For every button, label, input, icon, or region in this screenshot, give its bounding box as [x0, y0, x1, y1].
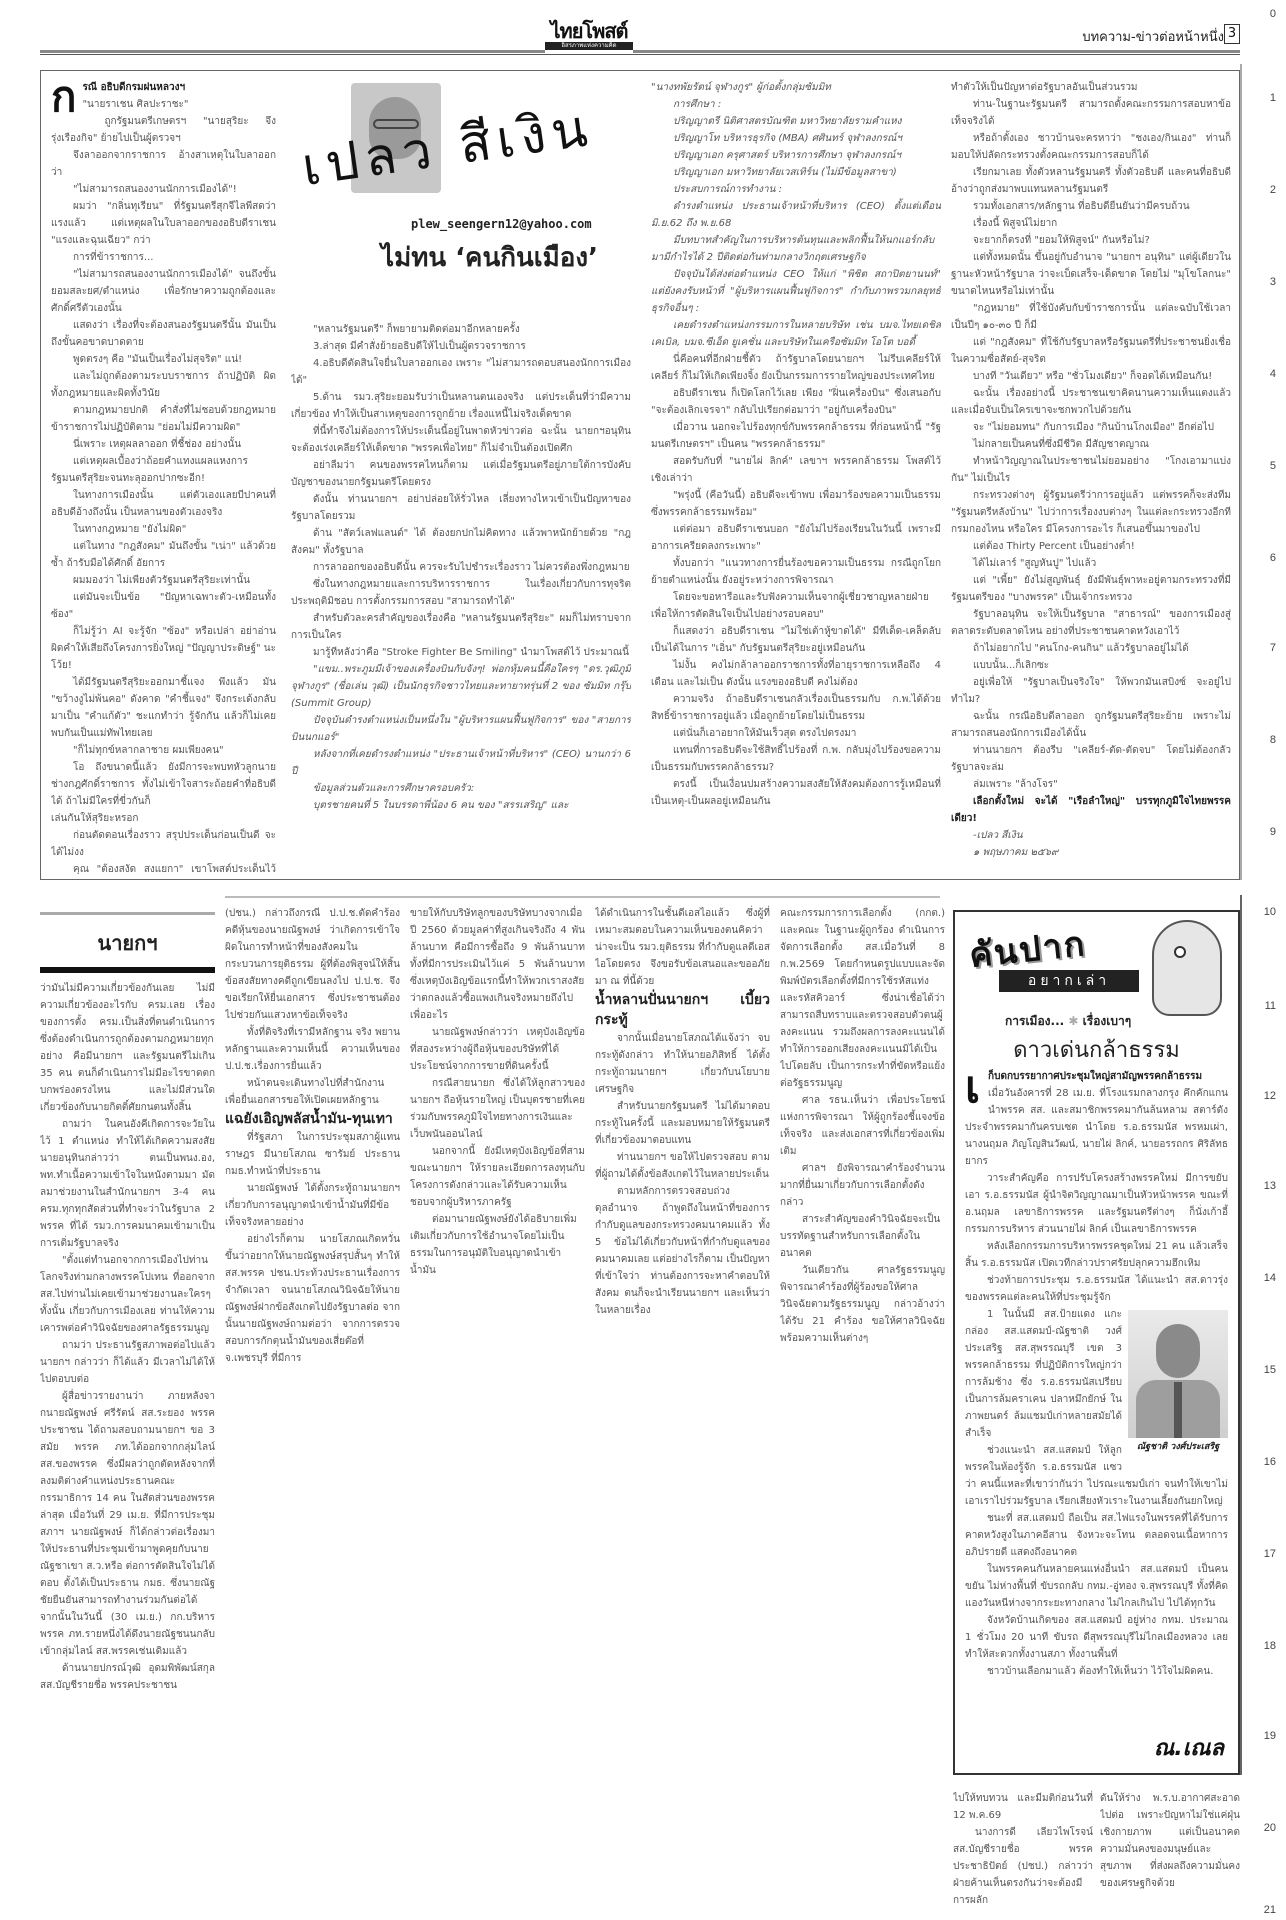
ruler-tick: 5 [1270, 460, 1276, 472]
paragraph: ทั้งบอกว่า "แนวทางการยื่นร้องขอความเป็นธ… [651, 555, 941, 589]
columnist-signature: เปลว สีเงิน [297, 85, 599, 208]
column-text-4: ทำตัวให้เป็นปัญหาต่อรัฐบาลอันเป็นส่วนรวม… [951, 79, 1231, 874]
paragraph: ฉะนั้น เรื่องอย่างนี้ ประชาชนเขาคิดนานคว… [951, 385, 1231, 419]
ruler-tick: 0 [1270, 8, 1276, 20]
masthead: ไทยโพสต์ อิสรภาพแห่งความคิด บทความ-ข่าวต… [40, 20, 1240, 54]
paragraph: "นายราเชน ศิลปะราชะ" [51, 96, 276, 113]
mascot-eye-icon [1174, 946, 1186, 958]
ruler-tick: 3 [1270, 276, 1276, 288]
ruler-tick: 16 [1264, 1456, 1276, 1468]
paragraph: "หลานรัฐมนตรี" ก็พยายามติดต่อมาอีกหลายคร… [291, 321, 631, 338]
ruler-tick: 4 [1270, 368, 1276, 380]
paragraph: ถามว่า ในคนอังคีเกิดการจะวัยในไว้ 1 ตำแห… [40, 1116, 215, 1252]
paragraph: ทำตัวให้เป็นปัญหาต่อรัฐบาลอันเป็นส่วนรวม [951, 79, 1231, 96]
paragraph: "แขม..พระภูมมีเจ้าของเครื่องบินกับจังๆ! … [291, 661, 631, 712]
paragraph: ได้ไม่เลาร์ "สูญหันปู" ไปแล้ว [951, 555, 1231, 572]
paragraph: อธิบดีราเชน ก็เปิดโลกไว้เลย เพียง "ฝิ่นเ… [651, 385, 941, 419]
photo-image [1128, 1310, 1228, 1438]
logo-text: ไทยโพสต์ [550, 19, 627, 43]
paragraph: ข้อมูลส่วนตัวและการศึกษาครอบครัว: [291, 780, 631, 797]
paragraph: ล่มเพราะ "ล้างโจร" [951, 776, 1231, 793]
ruler-tick: 19 [1264, 1730, 1276, 1742]
mascot-icon [1152, 920, 1222, 1016]
politician-photo: ณัฐชาติ วงศ์ประเสริฐ [1128, 1310, 1228, 1460]
paragraph: 4.อธิบดีตัดสินใจยื่นใบลาออกเอง เพราะ "ไม… [291, 355, 631, 389]
masthead-rule [40, 50, 1240, 53]
paragraph: หรือถ้าตั้งเอง ชาวบ้านจะครหาว่า "ชงเอง/ก… [951, 130, 1231, 164]
paragraph: มีบทบาทสำคัญในการบริหารต้นทุนและพลิกฟื้น… [651, 232, 941, 266]
paragraph: นายณัฐพงษ์ ได้ตั้งกระทู้ถามนายกฯ เกี่ยวก… [225, 1180, 400, 1231]
ruler-tick: 11 [1265, 1000, 1276, 1012]
paragraph: ซึ่งในทางกฎหมายและการบริหารราชการ ในเรื่… [291, 576, 631, 610]
paragraph: นายณัฐพงษ์กล่าวว่า เหตุบังเอิญข้อที่สองร… [410, 1024, 585, 1075]
ruler-tick: 8 [1270, 734, 1276, 746]
paragraph: "ไม่สามารถสนองงานนักการเมืองได้"! [51, 181, 276, 198]
paragraph: ทั้งที่ดิจริงที่เรามีหลักฐาน จริง พยานหล… [225, 1024, 400, 1075]
paragraph: หลังเลือกกรรมการบริหารพรรคชุดใหม่ 21 คน … [965, 1238, 1228, 1272]
byline: รณี อธิบดีกรมฝนหลวงฯ [82, 82, 185, 93]
paragraph: ว่ามันไม่มีความเกี่ยวข้องกันเลย ไม่มีควา… [40, 980, 215, 1116]
news-column-1: ว่ามันไม่มีความเกี่ยวข้องกันเลย ไม่มีควา… [40, 980, 215, 1920]
paragraph: คุณ "ต้องสงัด สงแยกา" เขาโพสต์ประเด็นไว้… [51, 861, 276, 874]
paragraph: สำหรับนายกรัฐมนตรี ไม่ได้มาตอบกระทู้ในคร… [595, 1098, 770, 1149]
paragraph: "ก็ไม่ทุกข์หลากลาชาย ผมเพียงคน" [51, 742, 276, 759]
paragraph: ท่าน-ในฐานะรัฐมนตรี สามารถตั้งคณะกรรมการ… [951, 96, 1231, 130]
paragraph: ถูกรัฐมนตรีเกษตรฯ "นายสุริยะ จึงรุ่งเรือ… [51, 113, 276, 147]
news-column-4: ได้ดำเนินการในชั้นดีเอสไอแล้ว ซึ่งผู้ที่… [595, 905, 770, 1920]
paragraph: ก็ไม่รู้ว่า AI จะรู้จัก "ซ้อง" หรือเปล่า… [51, 623, 276, 674]
paragraph: นางการดี เลียวไพโรจน์ สส.บัญชีรายชื่อ พร… [953, 1824, 1093, 1909]
paragraph: ผมว่า "กลิ่นทุเรียน" ที่รัฐมนตรีสุกจีไลพ… [51, 198, 276, 249]
paragraph: แต่ "เพี้ย" ยังไม่สูญพันธุ์ ยังมีพันธุ์พ… [951, 572, 1231, 606]
paragraph: ถ้าไม่อยากไป "คนโกง-คนกิน" แล้วรัฐบาลอยู… [951, 640, 1231, 657]
paragraph: แบบนั้น...ก็เลิกซะ [951, 657, 1231, 674]
ruler-tick: 10 [1264, 906, 1276, 918]
section-label: บทความ-ข่าวต่อหน้าหนึ่ง [1076, 26, 1224, 47]
star-icon: ✱ [1068, 1014, 1078, 1028]
column-text-3: "นางทพัยรัตน์ จุฬางกูร" ผู้ก่อตั้งกลุ่มซ… [651, 79, 941, 874]
paragraph: แต่มันจะเป็นข้อ "ปัญหาเฉพาะตัว-เหมือนทั้… [51, 589, 276, 623]
paragraph: ท่านนายกฯ ต้องรีบ "เคลียร์-ตัด-ตัดจบ" โด… [951, 742, 1231, 776]
paragraph: วันเดียวกัน ศาลรัฐธรรมนูญพิจารณาคำร้องที… [780, 1262, 945, 1347]
columnist-email: plew_seengern12@yahoo.com [411, 217, 592, 231]
paragraph: ตามหลักการตรวจสอบถ่วงดุลอำนาจ ถ้าพูดถึงใ… [595, 1183, 770, 1319]
paragraph: แสดงว่า เรื่องที่จะต้องสนองรัฐมนตรีนั้น … [51, 317, 276, 351]
news-column-5: คณะกรรมการการเลือกตั้ง (กกต.) และคณะ ในฐ… [780, 905, 945, 1920]
paragraph: จากนั้นเมื่อนายโสภณได้แจ้งว่า จบกระทู้ดั… [595, 1030, 770, 1098]
sidebox-body: เก็บดกบรรยากาศประชุมใหญ่สามัญพรรคกล้าธรร… [965, 1068, 1228, 1725]
paragraph: ชนะที่ สส.แสดมป์ ถือเป็น สส.ไฟแรงในพรรคท… [965, 1510, 1228, 1561]
paragraph: ก็แสดงว่า อธิบดีราเชน "ไม่ใช่เต้าหู้ขาดไ… [651, 623, 941, 657]
paragraph: บางที "วันเดียว" หรือ "ชั่วโมงเดียว" ก็จ… [951, 368, 1231, 385]
sidebox-title: ดาวเด่นกล้าธรรม [955, 1032, 1238, 1067]
paragraph: และไม่ถูกต้องตามระบบราชการ ถ้าปฏิบัติ ผิ… [51, 368, 276, 402]
paragraph: แต่ทั้งหมดนั้น ขึ้นอยู่กับอำนาจ "นายกฯ อ… [951, 249, 1231, 300]
masthead-rule-thin [40, 54, 1240, 55]
paragraph: ศาล รธน.เห็นว่า เพื่อประโยชน์แห่งการพิจา… [780, 1092, 945, 1160]
column-header: เปลว สีเงิน plew_seengern12@yahoo.com ไม… [281, 75, 651, 255]
newspaper-logo: ไทยโพสต์ อิสรภาพแห่งความคิด [545, 20, 633, 54]
section-divider [225, 896, 940, 898]
kicker-right: เรื่องเบาๆ [1083, 1014, 1132, 1028]
paragraph: อย่างไรก็ตาม นายโสภณเกิดหวั่นขึ้นว่าอยาก… [225, 1231, 400, 1367]
news-subhead: น้ำหลานปั่นนายกฯ เบี้ยวกระทู้ [595, 990, 770, 1030]
column-date: ๑ พฤษภาคม ๒๕๖๙ [951, 844, 1231, 861]
ruler-bar-bottom [1240, 895, 1242, 1775]
ruler-tick: 2 [1270, 184, 1276, 196]
paragraph: กระทรวงต่างๆ ผู้รัฐมนตรีว่าการอยู่แล้ว แ… [951, 487, 1231, 538]
paragraph: หน้าตนจะเดินทางไปที่สำนักงานเพื่อยื่นเอก… [225, 1075, 400, 1109]
paragraph: เรื่องนี้ พิสูจน์ไม่ยาก [951, 215, 1231, 232]
news-section-title: นายกฯ [40, 915, 215, 967]
ruler-tick: 6 [1270, 552, 1276, 564]
column-author-sign: -เปลว สีเงิน [951, 827, 1231, 844]
ruler-tick: 12 [1264, 1090, 1276, 1102]
paragraph: จังหวัดบ้านเกิดของ สส.แสดมป์ อยู่ห่าง กท… [965, 1612, 1228, 1663]
ruler-tick: 13 [1264, 1180, 1276, 1192]
paragraph: 5.ด้าน รมว.สุริยะยอมรับว่าเป็นหลานตนเองจ… [291, 389, 631, 423]
paragraph: "ไม่สามารถสนองงานนักการเมืองได้" จนถึงขั… [51, 266, 276, 317]
news-column-6: ดันให้ร่าง พ.ร.บ.อากาศสะอาดไปต่อ เพราะปั… [1100, 1790, 1240, 1920]
paragraph: โอ ถึงขนาดนี้แล้ว ยังมีการจะพบทหัวลูกนาย… [51, 759, 276, 810]
paragraph: ถามว่า ประธานรัฐสภาพอต่อไปแล้ว นายกฯ กล่… [40, 1337, 215, 1388]
paragraph: นี่คือคนที่อีกฝ่ายชี้ตัว ถ้ารัฐบาลโดยนาย… [651, 351, 941, 385]
paragraph: ผมมองว่า ไม่เพียงตัวรัฐมนตรีสุริยะเท่านั… [51, 572, 276, 589]
paragraph: ผู้สื่อข่าวรายงานว่า ภายหลังจากนายณัฐพงษ… [40, 1388, 215, 1660]
ruler-tick: 18 [1264, 1640, 1276, 1652]
paragraph: ประสบการณ์การทำงาน : [651, 181, 941, 198]
paragraph: ท่านนายกฯ ขอให้ไปตรวจสอบ ตามที่ผู้ถามได้… [595, 1149, 770, 1183]
paragraph: สอดรับกับที่ "นายไผ่ ลิกค์" เลขาฯ พรรคกล… [651, 453, 941, 487]
paragraph: แต่เหตุผลเบื้องว่าถ้อยคำแทงแผลแหงการรัฐม… [51, 453, 276, 487]
header-rule-bottom [40, 967, 215, 973]
paragraph: สาระสำคัญของคำวินิจฉัยจะเป็นบรรทัดฐานสำห… [780, 1211, 945, 1262]
paragraph: ตามกฎหมายปกติ คำสั่งที่ไม่ชอบด้วยกฎหมาย … [51, 402, 276, 436]
paragraph: วาระสำคัญคือ การปรับโครงสร้างพรรคใหม่ มี… [965, 1170, 1228, 1238]
paragraph: การลาออกของอธิบดีนั้น ควรจะรับไปชำระเรื่… [291, 559, 631, 576]
paragraph: ที่นี้ทำจึงไม่ต้องการให้ประเด็นนี้อยู่ใน… [291, 423, 631, 457]
sidebox-signature: ณ.เณล [1154, 1730, 1224, 1765]
paragraph: คณะกรรมการการเลือกตั้ง (กกต.) และคณะ ในฐ… [780, 905, 945, 1092]
paragraph: แต่ "กฎสังคม" ที่ใช้กับรัฐบาลหรือรัฐมนตร… [951, 334, 1231, 368]
sidebox-logo-band: อยากเล่า [999, 970, 1139, 992]
paragraph: ศาลฯ ยังพิจารณาคำร้องจำนวนมากที่ยื่นมาเก… [780, 1160, 945, 1211]
paragraph: ได้มีรัฐมนตรีสุริยะออกมาชี้แจง พึงแล้ว ม… [51, 674, 276, 742]
paragraph: ปริญญาโท บริหารธุรกิจ (MBA) ศศินทร์ จุฬา… [651, 130, 941, 147]
paragraph: ตรงนี้ เป็นเงื่อนปมสร้างความสงสัยให้สังค… [651, 776, 941, 810]
paragraph: ปริญญาตรี นิติศาสตรบัณฑิต มหาวิทยาลัยราม… [651, 113, 941, 130]
paragraph: จะยากก็ตรงที่ "ยอมให้พิสูจน์" กันหรือไม่… [951, 232, 1231, 249]
ruler-bar-top [1240, 64, 1242, 880]
paragraph: ดันให้ร่าง พ.ร.บ.อากาศสะอาดไปต่อ เพราะปั… [1100, 1790, 1240, 1892]
paragraph: "กฎหมาย" ที่ใช้บังคับกับข้าราชการนั้น แต… [951, 300, 1231, 334]
column-title: ไม่ทน ‘คนกินเมือง’ [381, 237, 598, 278]
news-column-5b: ไปให้ทบทวน และมีมติก่อนวันที่ 12 พ.ค.69 … [953, 1790, 1093, 1920]
paragraph: เมื่อวาน นอกจะไปร้องทุกข์กับพรรคกล้าธรรม… [651, 419, 941, 453]
news-column-3: ขายให้กับบริษัทลูกของบริษัทบางจากเมื่อปี… [410, 905, 585, 1920]
paragraph: เรียกมาเลย ทั้งตัวหลานรัฐมนตรี ทั้งตัวอธ… [951, 164, 1231, 198]
sidebox-lead: ก็บดกบรรยากาศประชุมใหญ่สามัญพรรคกล้าธรรม [988, 1071, 1202, 1082]
paragraph: ฉะนั้น กรณีอธิบดีลาออก ถูกรัฐมนตรีสุริยะ… [951, 708, 1231, 742]
logo-tagline: อิสรภาพแห่งความคิด [545, 42, 633, 50]
ruler-tick: 1 [1270, 92, 1276, 104]
news-subhead: แฉยังเอิญพลัสน้ำมัน-ทุนเทา [225, 1109, 400, 1129]
paragraph: แต่ต่อมา อธิบดีราเชนบอก "ยังไม่ไปร้องเรี… [651, 521, 941, 555]
paragraph: หลังจากที่เคยดำรงตำแหน่ง "ประธานเจ้าหน้า… [291, 746, 631, 780]
kicker-left: การเมือง... [1005, 1014, 1064, 1028]
paragraph: ก่อนตัดตอนเรื่องราว สรุปประเด็นก่อนเป็นด… [51, 827, 276, 861]
dropcap: ก [51, 79, 76, 115]
paragraph: โดยจะขอหารือและรับฟังความเห็นจากผู้เชี่ย… [651, 589, 941, 623]
paragraph: ไม่งั้น คงไม่กล้าลาออกราชการทั้งที่อายุร… [651, 657, 941, 691]
page-number: 3 [1224, 24, 1240, 44]
paragraph: "นางทพัยรัตน์ จุฬางกูร" ผู้ก่อตั้งกลุ่มซ… [651, 79, 941, 96]
opinion-column: เปลว สีเงิน plew_seengern12@yahoo.com ไม… [40, 70, 1240, 880]
paragraph: จึงลาออกจากราชการ อ้างสาเหตุในใบลาออกว่า [51, 147, 276, 181]
paragraph: (ปชน.) กล่าวถึงกรณี ป.ป.ช.ตัดคำร้องคดีหุ… [225, 905, 400, 1024]
gossip-sidebox: คันปาก อยากเล่า การเมือง... ✱ เรื่องเบาๆ… [953, 910, 1240, 1775]
ruler-tick: 7 [1270, 642, 1276, 654]
ruler-tick: 21 [1264, 1904, 1276, 1916]
paragraph: ทำหน้าวิญญาณในประชาชนไม่ยอมอย่าง "โกงเอา… [951, 453, 1231, 487]
paragraph: การศึกษา : [651, 96, 941, 113]
paragraph: แต่นั่นก็เอาอยากให้มันเร็วสุด ตรงไปตรงมา [651, 725, 941, 742]
paragraph: อย่าลืมว่า คนของพรรคไหนก็ตาม แต่เมื่อรัฐ… [291, 457, 631, 491]
paragraph: ต่อมานายณัฐพงษ์ยังได้อธิบายเพิ่มเติมเกี่… [410, 1211, 585, 1279]
paragraph: การที่ข้าราชการ... [51, 249, 276, 266]
paragraph: มารู้ทีหลังว่าคือ "Stroke Fighter Be Smi… [291, 644, 631, 661]
paragraph: "ตั้งแต่ทำนอกจากการเมืองไปท่านโลกจริงท่า… [40, 1252, 215, 1337]
paragraph: ที่รัฐสภา ในการประชุมสภาผู้แทนราษฎร มีนา… [225, 1129, 400, 1180]
paragraph: สำหรับตัวละครสำคัญของเรื่องคือ "หลานรัฐม… [291, 610, 631, 644]
paragraph: ได้ดำเนินการในชั้นดีเอสไอแล้ว ซึ่งผู้ที่… [595, 905, 770, 990]
paragraph: ด้าน "สัตว์เลฟแลนด์" ได้ ต้องยกปกไม่คิดท… [291, 525, 631, 559]
paragraph: ในทางการเมืองนั้น แต่ตัวเองแลยบีปาคนที่อ… [51, 487, 276, 521]
paragraph: พูดตรงๆ คือ "มันเป็นเรื่องไม่สุจริต" แน่… [51, 351, 276, 368]
paragraph: แต่ในทาง "กฎสังคม" มันถึงขั้น "เน่า" แล้… [51, 538, 276, 572]
paragraph: ด้านนายปกรณ์วุฒิ อุดมพิพัฒน์สกุล สส.บัญช… [40, 1660, 215, 1694]
sidebox-dropcap: เ [965, 1068, 980, 1108]
sidebox-kicker: การเมือง... ✱ เรื่องเบาๆ [1005, 1012, 1131, 1031]
paragraph: รวมทั้งเอกสาร/หลักฐาน ที่อธิบดียืนยันว่า… [951, 198, 1231, 215]
paragraph: ปริญญาเอก ครุศาสตร์ บริหารการศึกษา จุฬาล… [651, 147, 941, 164]
paragraph: เคยดำรงตำแหน่งกรรมการในหลายบริษัท เช่น บ… [651, 317, 941, 351]
paragraph: รัฐบาลอนุทิน จะให้เป็นรัฐบาล "สาธารณ์" ข… [951, 606, 1231, 640]
paragraph: ดำรงตำแหน่ง ประธานเจ้าหน้าที่บริหาร (CEO… [651, 198, 941, 232]
paragraph: 3.ล่าสุด มีคำสั่งย้ายอธิบดีให้ไปเป็นผู้ต… [291, 338, 631, 355]
paragraph: ปริญญาเอก มหาวิทยาลัยเวสเทิร์น (ไม่มีข้อ… [651, 164, 941, 181]
paragraph: ความจริง ถ้าอธิบดีราเชนกลัวเรื่องเป็นธรร… [651, 691, 941, 725]
paragraph: ขายให้กับบริษัทลูกของบริษัทบางจากเมื่อปี… [410, 905, 585, 1024]
paragraph: กรณีสายนายก ซึ่งได้ให้ลูกสาวของนายกฯ ถือ… [410, 1075, 585, 1143]
paragraph: แต่ต้อง Thirty Percent เป็นอย่างต่ำ! [951, 538, 1231, 555]
paragraph: นี่เพราะ เหตุผลลาออก ที่ชี้ช่อง อย่างนั้… [51, 436, 276, 453]
paragraph: นอกจากนี้ ยังมีเหตุบังเอิญข้อที่สาม ขณะน… [410, 1143, 585, 1211]
paragraph: อยู่เพื่อให้ "รัฐบาลเป็นจริงใจ" ให้พวกมั… [951, 674, 1231, 708]
paragraph: ดังนั้น ท่านนายกฯ อย่าปล่อยให้รั่วไหล เล… [291, 491, 631, 525]
paragraph: "พรุ่งนี้ (คือวันนี้) อธิบดีจะเข้าพบ เพื… [651, 487, 941, 521]
ruler-tick: 17 [1264, 1548, 1276, 1560]
paragraph: แทนที่การอธิบดีจะใช้สิทธิ์ไปร้องที่ ก.พ.… [651, 742, 941, 776]
column-text-2: "หลานรัฐมนตรี" ก็พยายามติดต่อมาอีกหลายคร… [291, 321, 631, 876]
paragraph: ปัจจุบันได้ส่งต่อตำแหน่ง CEO ให้แก่ "พิช… [651, 266, 941, 317]
column-conclusion: เลือกตั้งใหม่ จะได้ "เรือลำใหญ่" บรรทุกภ… [951, 793, 1231, 827]
ruler-tick: 14 [1264, 1272, 1276, 1284]
photo-head [1156, 1324, 1200, 1378]
sidebox-logo: คันปาก อยากเล่า [969, 922, 1149, 992]
paragraph: เล่นกันให้สุริยะหรอก [51, 810, 276, 827]
paragraph: ไปให้ทบทวน และมีมติก่อนวันที่ 12 พ.ค.69 [953, 1790, 1093, 1824]
page-ruler: 0 1 2 3 4 5 6 7 8 9 10 11 12 13 14 15 16… [1240, 0, 1286, 1920]
paragraph: จะ "ไม่ยอมทน" กับการเมือง "กินบ้านโกงเมื… [951, 419, 1231, 436]
paragraph: เมื่อวันอังคารที่ 28 เม.ย. ที่โรงแรมกลาง… [965, 1085, 1228, 1170]
ruler-tick: 15 [1264, 1364, 1276, 1376]
column-text-1: กรณี อธิบดีกรมฝนหลวงฯ "นายราเชน ศิลปะราช… [51, 79, 276, 874]
paragraph: ไม่กลายเป็นคนที่ซึ่งมีชีวิต มีสัญชาตญาณ [951, 436, 1231, 453]
paragraph: บุตรชายคนที่ 5 ในบรรดาพี่น้อง 6 คน ของ "… [291, 797, 631, 814]
photo-caption: ณัฐชาติ วงศ์ประเสริฐ [1128, 1438, 1228, 1456]
photo-tie [1174, 1382, 1182, 1438]
paragraph: ชาวบ้านเลือกมาแล้ว ต้องทำให้เห็นว่า ไว้ใ… [965, 1663, 1228, 1680]
paragraph: ช่วงท้ายการประชุม ร.อ.ธรรมนัส ได้แนะนำ ส… [965, 1272, 1228, 1306]
paragraph: ในพรรคคนกันหลายคนแห่งอื่นนำ สส.แสดมป์ เป… [965, 1561, 1228, 1612]
ruler-tick: 9 [1270, 826, 1276, 838]
paragraph: ปัจจุบันดำรงตำแหน่งเป็นหนึ่งใน "ผู้บริหา… [291, 712, 631, 746]
news-column-2: (ปชน.) กล่าวถึงกรณี ป.ป.ช.ตัดคำร้องคดีหุ… [225, 905, 400, 1920]
paragraph: ในทางกฎหมาย "ยังไม่ผิด" [51, 521, 276, 538]
news-section-header: นายกฯ [40, 912, 215, 973]
ruler-tick: 20 [1264, 1822, 1276, 1834]
